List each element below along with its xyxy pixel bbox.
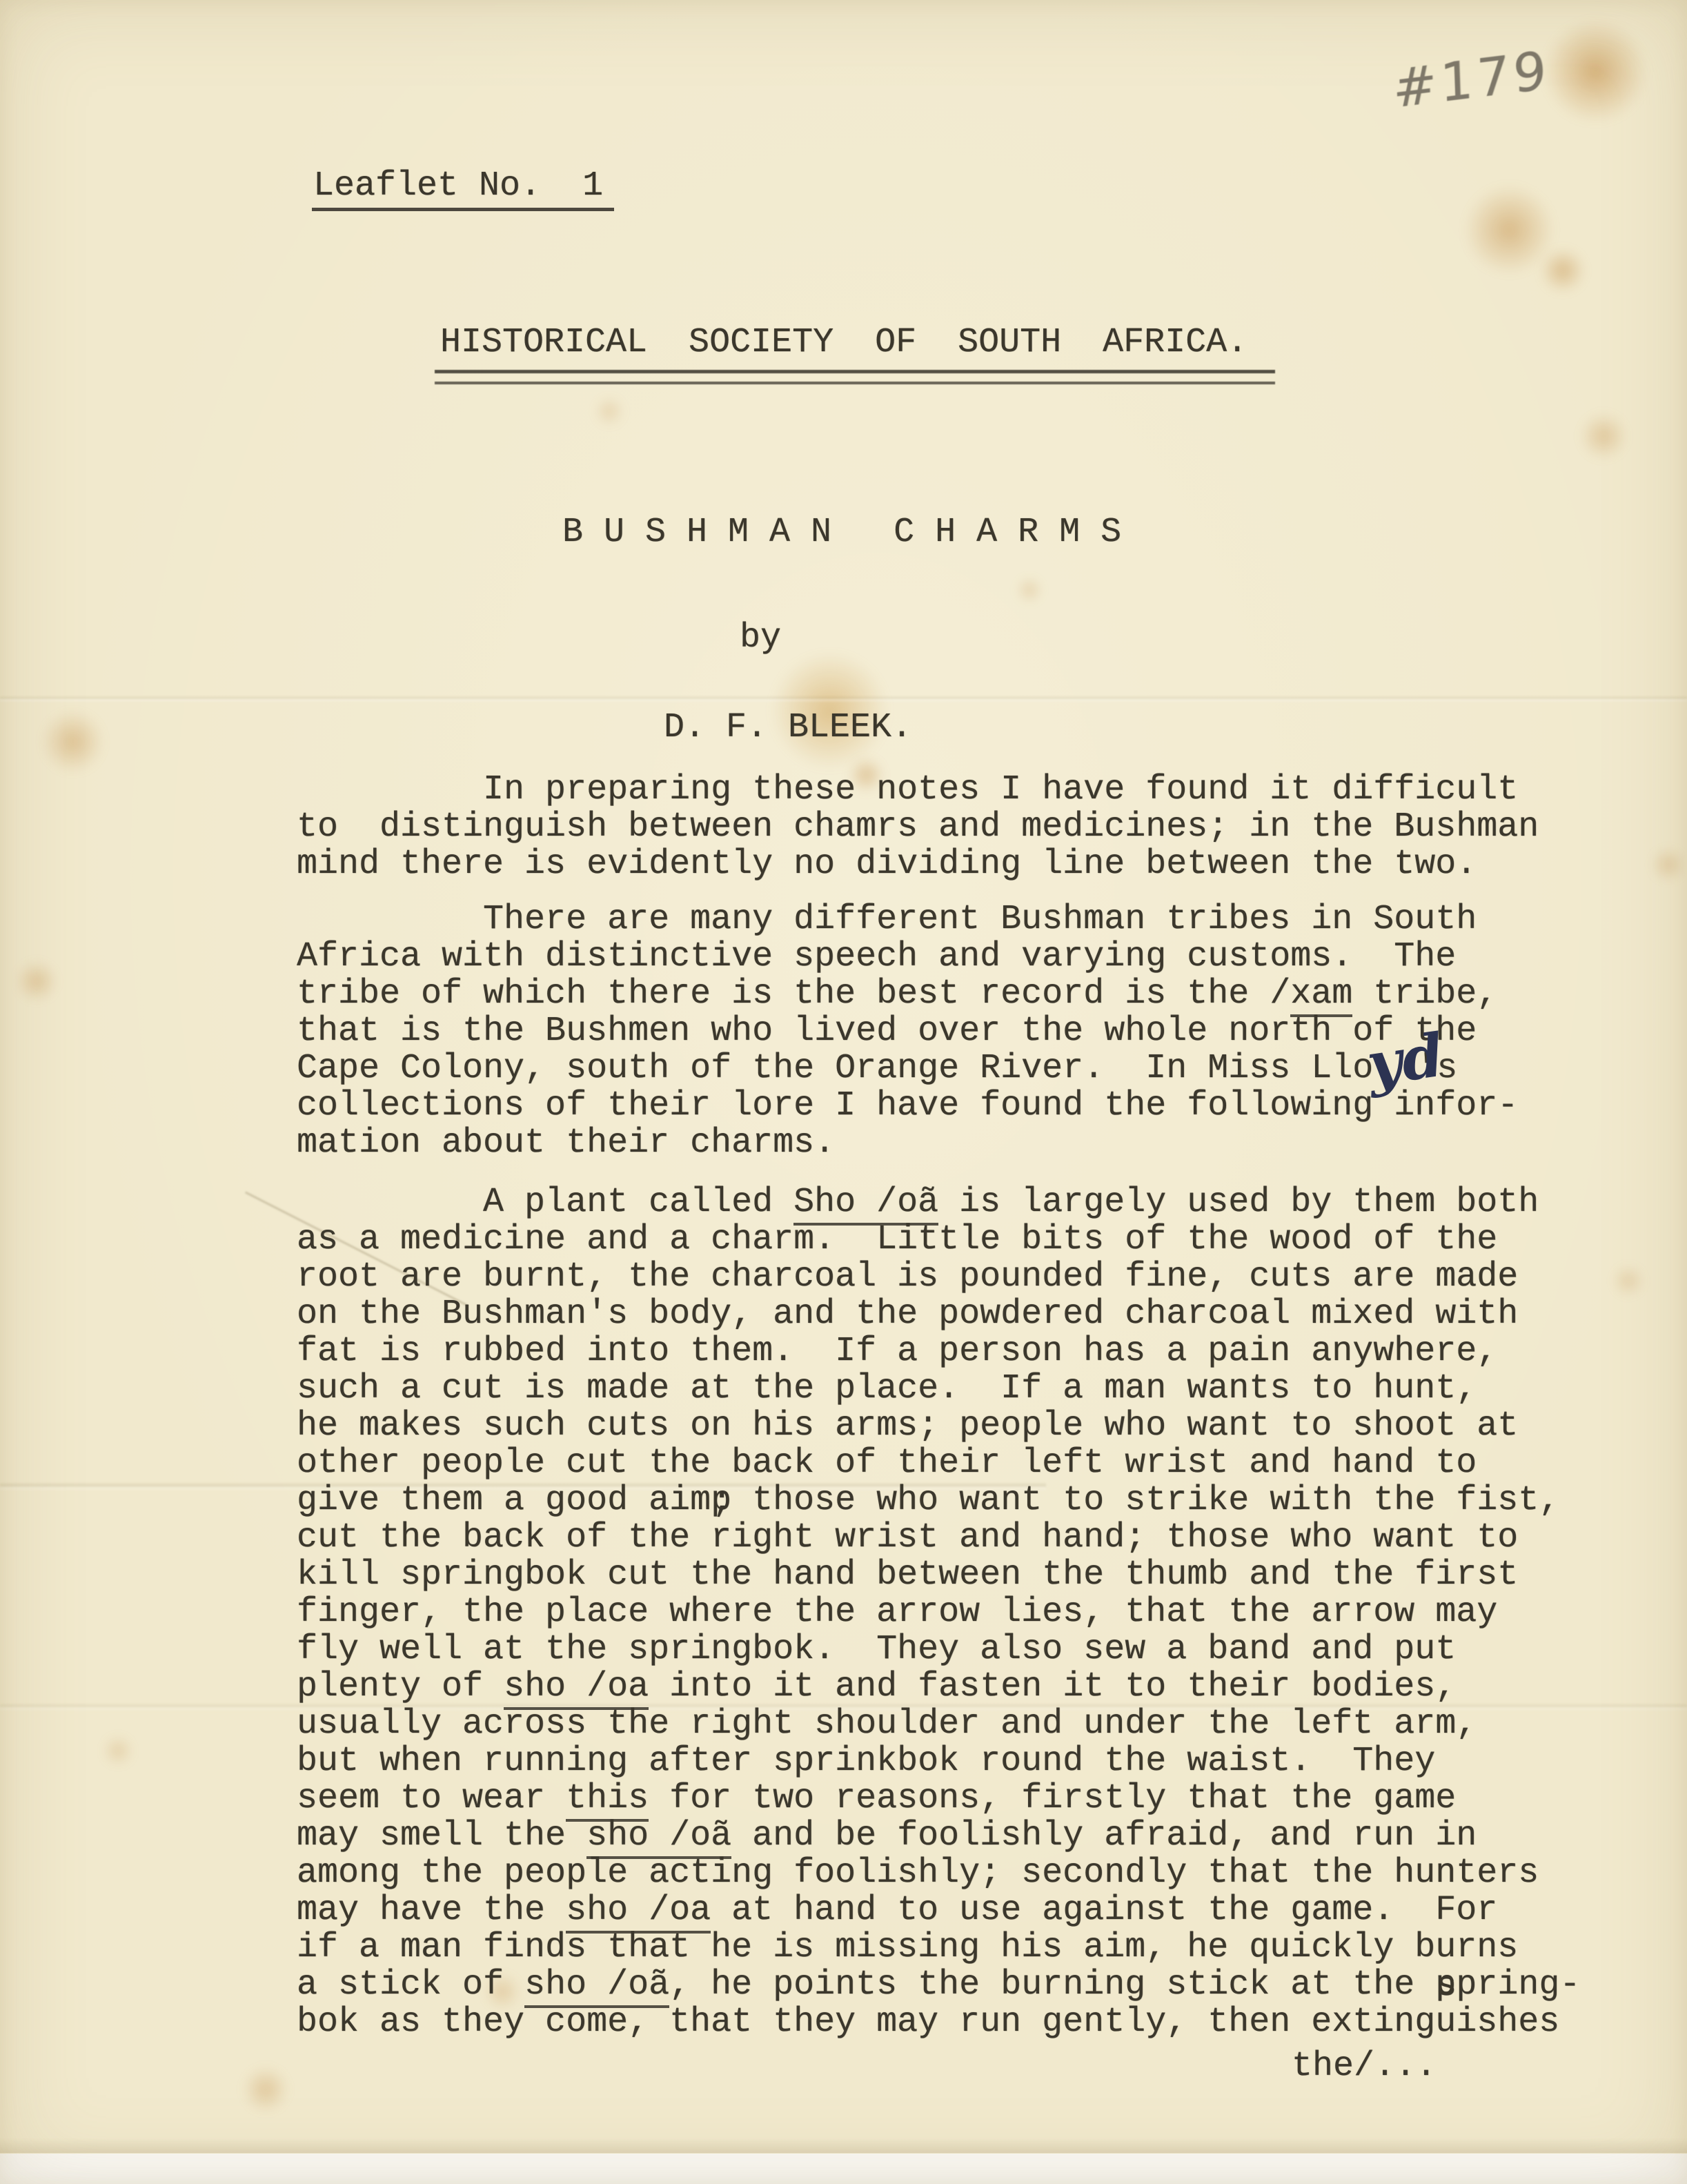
typed-text: he makes such cuts on his arms; people w… [297, 1406, 1518, 1446]
typed-text: kill springbok cut the hand between the … [297, 1555, 1518, 1595]
underlined-term: xam [1290, 974, 1352, 1017]
pencil-catalog-number: #179 [1392, 44, 1551, 116]
text-line: on the Bushman's body, and the powdered … [297, 1296, 1659, 1333]
typed-text: , he points the burning stick at the [669, 1965, 1435, 2005]
typed-text: tribe, [1352, 974, 1497, 1014]
typed-text: cut the back of the right wrist and hand… [297, 1518, 1518, 1557]
text-line: cut the back of the right wrist and hand… [297, 1519, 1659, 1557]
text-line: bok as they come, that they may run gent… [297, 2004, 1659, 2041]
text-line: among the people acting foolishly; secon… [297, 1855, 1659, 1892]
text-line: In preparing these notes I have found it… [297, 771, 1659, 809]
author-name: D. F. BLEEK. [664, 709, 912, 747]
text-line: mation about their charms. [297, 1125, 1659, 1162]
typed-text: for two reasons, firstly that the game [649, 1779, 1456, 1818]
text-line: may smell the sho /oã and be foolishly a… [297, 1818, 1659, 1855]
underlined-term: Sho /oã [793, 1183, 938, 1226]
document-title: B U S H M A N C H A R M S [562, 514, 1121, 551]
text-line: Cape Colony, south of the Orange River. … [297, 1050, 1659, 1088]
text-line: but when running after sprinkbok round t… [297, 1743, 1659, 1780]
text-line: a stick of sho /oã, he points the burnin… [297, 1967, 1659, 2004]
paper-bottom-edge-shadow [0, 2138, 1687, 2153]
text-line: root are burnt, the charcoal is pounded … [297, 1259, 1659, 1296]
text-line: he makes such cuts on his arms; people w… [297, 1408, 1659, 1445]
scanned-document-page: #179 Leaflet No. 1 HISTORICAL SOCIETY OF… [0, 0, 1687, 2184]
stain-mark [1463, 185, 1556, 275]
typed-text: may smell the [297, 1816, 586, 1856]
fold-crease [0, 696, 1687, 702]
typed-text: other people cut the back of their left … [297, 1444, 1477, 1483]
text-line: A plant called Sho /oã is largely used b… [297, 1184, 1659, 1221]
typed-text: to distinguish between chamrs and medici… [297, 807, 1539, 847]
underlined-term: sho /oã [586, 1816, 731, 1859]
typewriter-overstrike: p [1435, 1967, 1456, 2004]
text-line: as a medicine and a charm. Little bits o… [297, 1221, 1659, 1259]
text-line: that is the Bushmen who lived over the w… [297, 1013, 1659, 1050]
typed-text: but when running after sprinkbok round t… [297, 1742, 1435, 1781]
typed-text: pring- [1456, 1965, 1580, 2005]
stain-mark [241, 2067, 290, 2112]
text-line: collections of their lore I have found t… [297, 1088, 1659, 1125]
text-line: fly well at the springbok. They also sew… [297, 1631, 1659, 1669]
typed-text: usually across the right shoulder and un… [297, 1704, 1477, 1744]
typed-text: fat is rubbed into them. If a person has… [297, 1332, 1497, 1371]
typed-text: among the people acting foolishly; secon… [297, 1853, 1539, 1893]
text-line: Africa with distinctive speech and varyi… [297, 938, 1659, 976]
typed-text: at hand to use against the game. For [711, 1891, 1497, 1930]
underlined-term: sho /oa [504, 1667, 649, 1710]
text-line: such a cut is made at the place. If a ma… [297, 1370, 1659, 1408]
society-heading: HISTORICAL SOCIETY OF SOUTH AFRICA. [440, 324, 1247, 362]
typed-text: In preparing these notes I have found it… [297, 770, 1518, 809]
text-line: plenty of sho /oa into it and fasten it … [297, 1669, 1659, 1706]
typed-text: bok as they come, that they may run gent… [297, 2003, 1559, 2042]
stain-mark [1579, 413, 1628, 460]
text-line: fat is rubbed into them. If a person has… [297, 1333, 1659, 1370]
text-line: finger, the place where the arrow lies, … [297, 1594, 1659, 1631]
stain-mark [1016, 577, 1043, 603]
stain-mark [1539, 248, 1587, 293]
typed-text: if a man finds that he is missing his ai… [297, 1928, 1518, 1967]
typed-text: is largely used by them both [938, 1183, 1539, 1222]
typed-text: plenty of [297, 1667, 504, 1706]
stain-mark [593, 397, 625, 426]
paragraph: A plant called Sho /oã is largely used b… [297, 1184, 1659, 2041]
typed-text: mind there is evidently no dividing line… [297, 845, 1477, 884]
typed-text: a stick of [297, 1965, 524, 2005]
text-line: to distinguish between chamrs and medici… [297, 809, 1659, 846]
typed-text: those who want to strike with the fist, [731, 1481, 1559, 1520]
typed-text: fly well at the springbok. They also sew… [297, 1630, 1456, 1669]
text-line: give them a good aimp those who want to … [297, 1482, 1659, 1519]
underlined-term: sho /oã [524, 1965, 669, 2008]
typed-text: such a cut is made at the place. If a ma… [297, 1369, 1477, 1408]
byline: by [740, 620, 781, 657]
paragraph: There are many different Bushman tribes … [297, 901, 1659, 1162]
scanner-background-strip [0, 2154, 1687, 2184]
typed-text: mation about their charms. [297, 1123, 835, 1163]
text-line: There are many different Bushman tribes … [297, 901, 1659, 938]
typed-text: on the Bushman's body, and the powdered … [297, 1295, 1518, 1334]
catchword: the/... [1292, 2048, 1437, 2085]
leaflet-number-text: Leaflet No. 1 [312, 168, 614, 211]
leaflet-number: Leaflet No. 1 [312, 168, 614, 211]
paragraph: In preparing these notes I have found it… [297, 771, 1659, 883]
handwritten-ink-correction: yd [1368, 1060, 1410, 1066]
stain-mark [102, 1735, 134, 1766]
text-line: usually across the right shoulder and un… [297, 1706, 1659, 1743]
typed-text: Africa with distinctive speech and varyi… [297, 937, 1456, 976]
stain-mark [15, 961, 58, 1002]
typed-text: give them a good aim [297, 1481, 711, 1520]
typed-text: collections of their lore I have found t… [297, 1086, 1518, 1125]
typed-text: may have the [297, 1891, 566, 1930]
text-line: may have the sho /oa at hand to use agai… [297, 1892, 1659, 1929]
text-line: if a man finds that he is missing his ai… [297, 1929, 1659, 1967]
typed-text: There are many different Bushman tribes … [297, 900, 1477, 939]
text-line: tribe of which there is the best record … [297, 976, 1659, 1013]
stain-mark [1542, 19, 1649, 123]
typed-text: and be foolishly afraid, and run in [731, 1816, 1477, 1856]
body-text: In preparing these notes I have found it… [297, 771, 1659, 2041]
text-line: kill springbok cut the hand between the … [297, 1557, 1659, 1594]
typed-text: finger, the place where the arrow lies, … [297, 1593, 1497, 1632]
text-line: seem to wear this for two reasons, first… [297, 1780, 1659, 1818]
society-heading-underline [435, 370, 1275, 384]
typed-text: that is the Bushmen who lived over the w… [297, 1012, 1477, 1051]
stain-mark [40, 711, 106, 773]
underlined-term: sho /oa [566, 1891, 711, 1934]
typed-text: Cape Colony, south of the Orange River. … [297, 1049, 1373, 1088]
typed-text: seem to wear [297, 1779, 566, 1818]
typed-text: into it and fasten it to their bodies, [649, 1667, 1456, 1706]
typed-text: A plant called [297, 1183, 793, 1222]
typed-text: root are burnt, the charcoal is pounded … [297, 1257, 1518, 1297]
text-line: other people cut the back of their left … [297, 1445, 1659, 1482]
text-line: mind there is evidently no dividing line… [297, 846, 1659, 883]
underlined-term: this [566, 1779, 649, 1822]
typewriter-overstrike: p [711, 1482, 731, 1519]
typed-text: as a medicine and a charm. Little bits o… [297, 1220, 1497, 1259]
typed-text: tribe of which there is the best record … [297, 974, 1290, 1014]
